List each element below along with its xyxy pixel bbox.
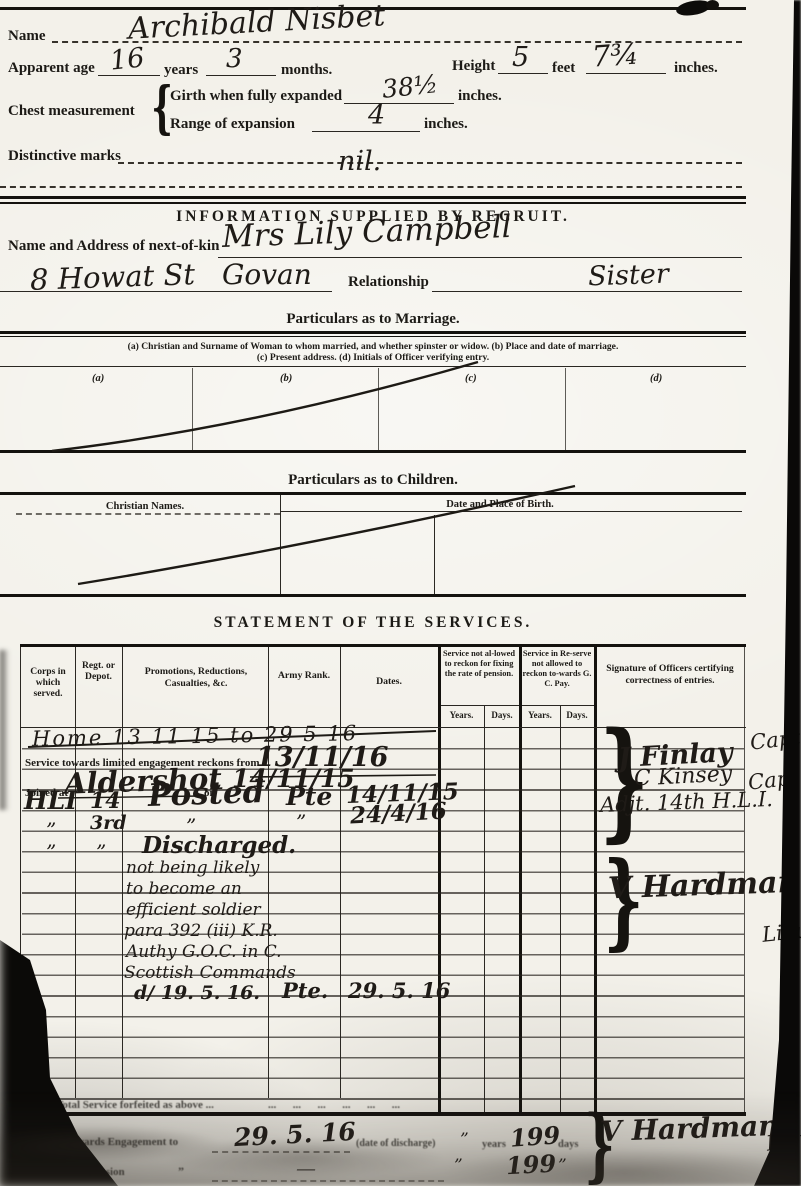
relationship-label: Relationship xyxy=(348,274,429,291)
sig2-name: C Kinsey xyxy=(633,761,732,791)
discharge-line-1: not being likely xyxy=(126,858,259,878)
children-col-birth: Date and Place of Birth. xyxy=(380,499,620,510)
marriage-title: Particulars as to Marriage. xyxy=(0,311,746,328)
ink-blot-small xyxy=(706,0,719,10)
height-inches-value: 7¾ xyxy=(591,36,640,73)
service-record-scan: Name Archibald Nisbet Apparent age 16 ye… xyxy=(0,0,801,1186)
row3-corps-ditto: ” xyxy=(46,840,56,864)
children-bottom-rule xyxy=(0,594,746,597)
name-label: Name xyxy=(8,28,46,45)
pension-days-value: 199 xyxy=(505,1149,557,1181)
height-feet-value: 5 xyxy=(512,42,529,73)
col-corps-header: Corps in which served. xyxy=(23,666,73,699)
pension-line xyxy=(212,1180,444,1182)
total-forfeited-label: Total Service forfeited as above ... xyxy=(56,1099,214,1111)
relationship-value: Sister xyxy=(587,259,669,293)
col-regt-header: Regt. or Depot. xyxy=(77,660,120,682)
marks-line2 xyxy=(0,186,742,188)
height-label: Height xyxy=(452,58,495,75)
name-line xyxy=(52,41,742,43)
subhead-rule xyxy=(438,705,594,706)
children-vline-1 xyxy=(280,495,281,595)
row2-date: 24/4/16 xyxy=(349,797,447,829)
discharge-line-6: Scottish Commands xyxy=(124,963,296,983)
marriage-note-2: (c) Present address. (d) Initials of Off… xyxy=(0,352,746,363)
col-pension-header: Service not al-lowed to reckon for fixin… xyxy=(441,649,517,679)
right-edge-shadow xyxy=(750,0,801,1186)
feet-label: feet xyxy=(552,60,575,77)
engagement-line xyxy=(212,1151,350,1153)
discharge-line-4: para 392 (iii) K.R. xyxy=(124,921,278,941)
next-of-kin-label: Name and Address of next-of-kin xyxy=(8,238,219,255)
row2-corps-ditto: ” xyxy=(46,818,56,842)
discharge-date: 29. 5. 16 xyxy=(348,978,450,1003)
pension-ditto-mid: ” xyxy=(454,1156,463,1176)
months-label: months. xyxy=(281,62,332,79)
pension-dash: — xyxy=(296,1156,316,1180)
section-rule-1a xyxy=(0,196,746,199)
next-of-kin-address-town: Govan xyxy=(222,258,312,291)
marriage-vline-1 xyxy=(192,368,193,450)
services-top-rule xyxy=(20,644,746,647)
sig3-text: Adjt. 14th H.L.I. xyxy=(600,787,774,817)
age-months-line xyxy=(206,75,276,76)
chest-label: Chest measurement xyxy=(8,103,135,120)
marriage-head-rule xyxy=(0,366,746,367)
row1-corps: HLI xyxy=(24,786,77,815)
reserve-years-label: Years. xyxy=(521,710,559,720)
expansion-unit-label: inches. xyxy=(424,116,468,133)
relationship-line xyxy=(432,291,742,292)
expansion-label: Range of expansion xyxy=(170,116,295,133)
pension-days-label: Days. xyxy=(485,710,519,720)
col-promotions-header: Promotions, Reductions, Casualties, &c. xyxy=(126,666,266,690)
marks-value: nil. xyxy=(338,146,381,177)
marriage-col-c: (c) xyxy=(465,373,477,384)
children-col-names: Christian Names. xyxy=(60,501,230,512)
services-title: STATEMENT OF THE SERVICES. xyxy=(0,614,746,632)
age-years-value: 16 xyxy=(108,42,145,76)
discharge-line-3: efficient soldier xyxy=(126,900,261,920)
age-months-value: 3 xyxy=(226,44,243,74)
col-rank-header: Army Rank. xyxy=(270,670,338,681)
col-dates-header: Dates. xyxy=(342,676,436,687)
marriage-strike-line xyxy=(52,362,478,451)
children-vline-2 xyxy=(434,515,435,595)
marriage-col-b: (b) xyxy=(280,373,292,384)
reserve-days-label: Days. xyxy=(561,710,593,720)
row2-rank-ditto: ” xyxy=(296,810,306,834)
marriage-top-rule-a xyxy=(0,331,746,334)
marks-line1 xyxy=(118,162,742,164)
girth-value: 38½ xyxy=(381,69,440,104)
years-footer-label: years xyxy=(482,1139,506,1150)
discharge-line-5: Authy G.O.C. in C. xyxy=(126,942,282,962)
address-line xyxy=(0,291,332,292)
footer-sig-name: V Hardman xyxy=(599,1109,779,1148)
girth-label: Girth when fully expanded xyxy=(170,88,342,105)
col-signature-header: Signature of Officers certifying correct… xyxy=(598,663,742,686)
marriage-vline-3 xyxy=(565,368,566,450)
marks-label: Distinctive marks xyxy=(8,148,121,165)
discharge-note: (date of discharge) xyxy=(356,1138,435,1149)
pension-years-label: Years. xyxy=(440,710,483,720)
discharge-line-2: to become an xyxy=(126,879,242,899)
marriage-top-rule-b xyxy=(0,336,746,337)
children-head-line-right xyxy=(280,511,742,512)
pension-ditto-end: ” xyxy=(558,1156,567,1176)
pension-ditto-right: ” xyxy=(178,1164,184,1179)
sig4-name: V Hardman xyxy=(607,865,799,907)
children-title: Particulars as to Children. xyxy=(0,472,746,489)
section-rule-1b xyxy=(0,202,746,204)
girth-unit-label: inches. xyxy=(458,88,502,105)
days-footer-label: days xyxy=(558,1139,578,1150)
row3-regt-ditto: ” xyxy=(96,840,106,864)
row1-regt: 14 xyxy=(90,788,121,814)
engagement-ditto: ” xyxy=(460,1130,469,1150)
apparent-age-label: Apparent age xyxy=(8,60,95,77)
row1-rank: Pte xyxy=(286,782,332,811)
marriage-col-d: (d) xyxy=(650,373,662,384)
children-head-line-left xyxy=(16,513,280,515)
height-feet-line xyxy=(498,73,548,74)
row1-event: Posted xyxy=(147,774,265,814)
children-top-rule xyxy=(0,492,746,495)
engagement-date: 29. 5. 16 xyxy=(233,1117,356,1152)
marriage-col-a: (a) xyxy=(92,373,104,384)
height-inches-line xyxy=(586,73,666,74)
inches-label: inches. xyxy=(674,60,718,77)
expansion-line xyxy=(312,131,420,132)
discharge-rank: Pte. xyxy=(282,978,328,1003)
left-edge-smudge xyxy=(0,650,9,810)
row2-regt: 3rd xyxy=(90,812,127,834)
discharge-title: Discharged. xyxy=(142,832,296,859)
expansion-value: 4 xyxy=(368,100,385,131)
marriage-bottom-rule xyxy=(0,450,746,453)
marriage-vline-2 xyxy=(378,368,379,450)
col-reserve-header: Service in Re-serve not allowed to recko… xyxy=(522,649,592,689)
discharge-line-7: d/ 19. 5. 16. xyxy=(134,982,260,1004)
girth-line xyxy=(344,103,454,104)
total-forfeited-dots: ... ... ... ... ... ... xyxy=(268,1099,400,1111)
marriage-note-1: (a) Christian and Surname of Woman to wh… xyxy=(0,341,746,352)
